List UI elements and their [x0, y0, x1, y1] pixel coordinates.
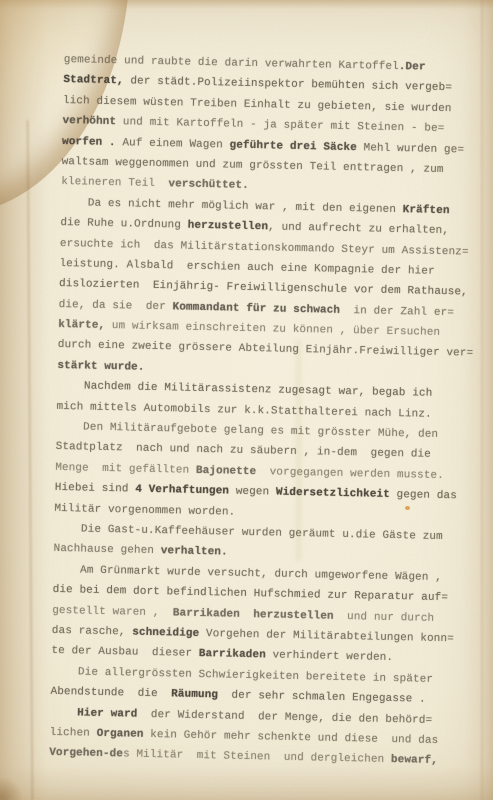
page-right-edge [481, 0, 483, 800]
typewritten-text-block: gemeinde und raubte die darin verwahrten… [49, 50, 474, 772]
document-photo: gemeinde und raubte die darin verwahrten… [0, 0, 493, 800]
